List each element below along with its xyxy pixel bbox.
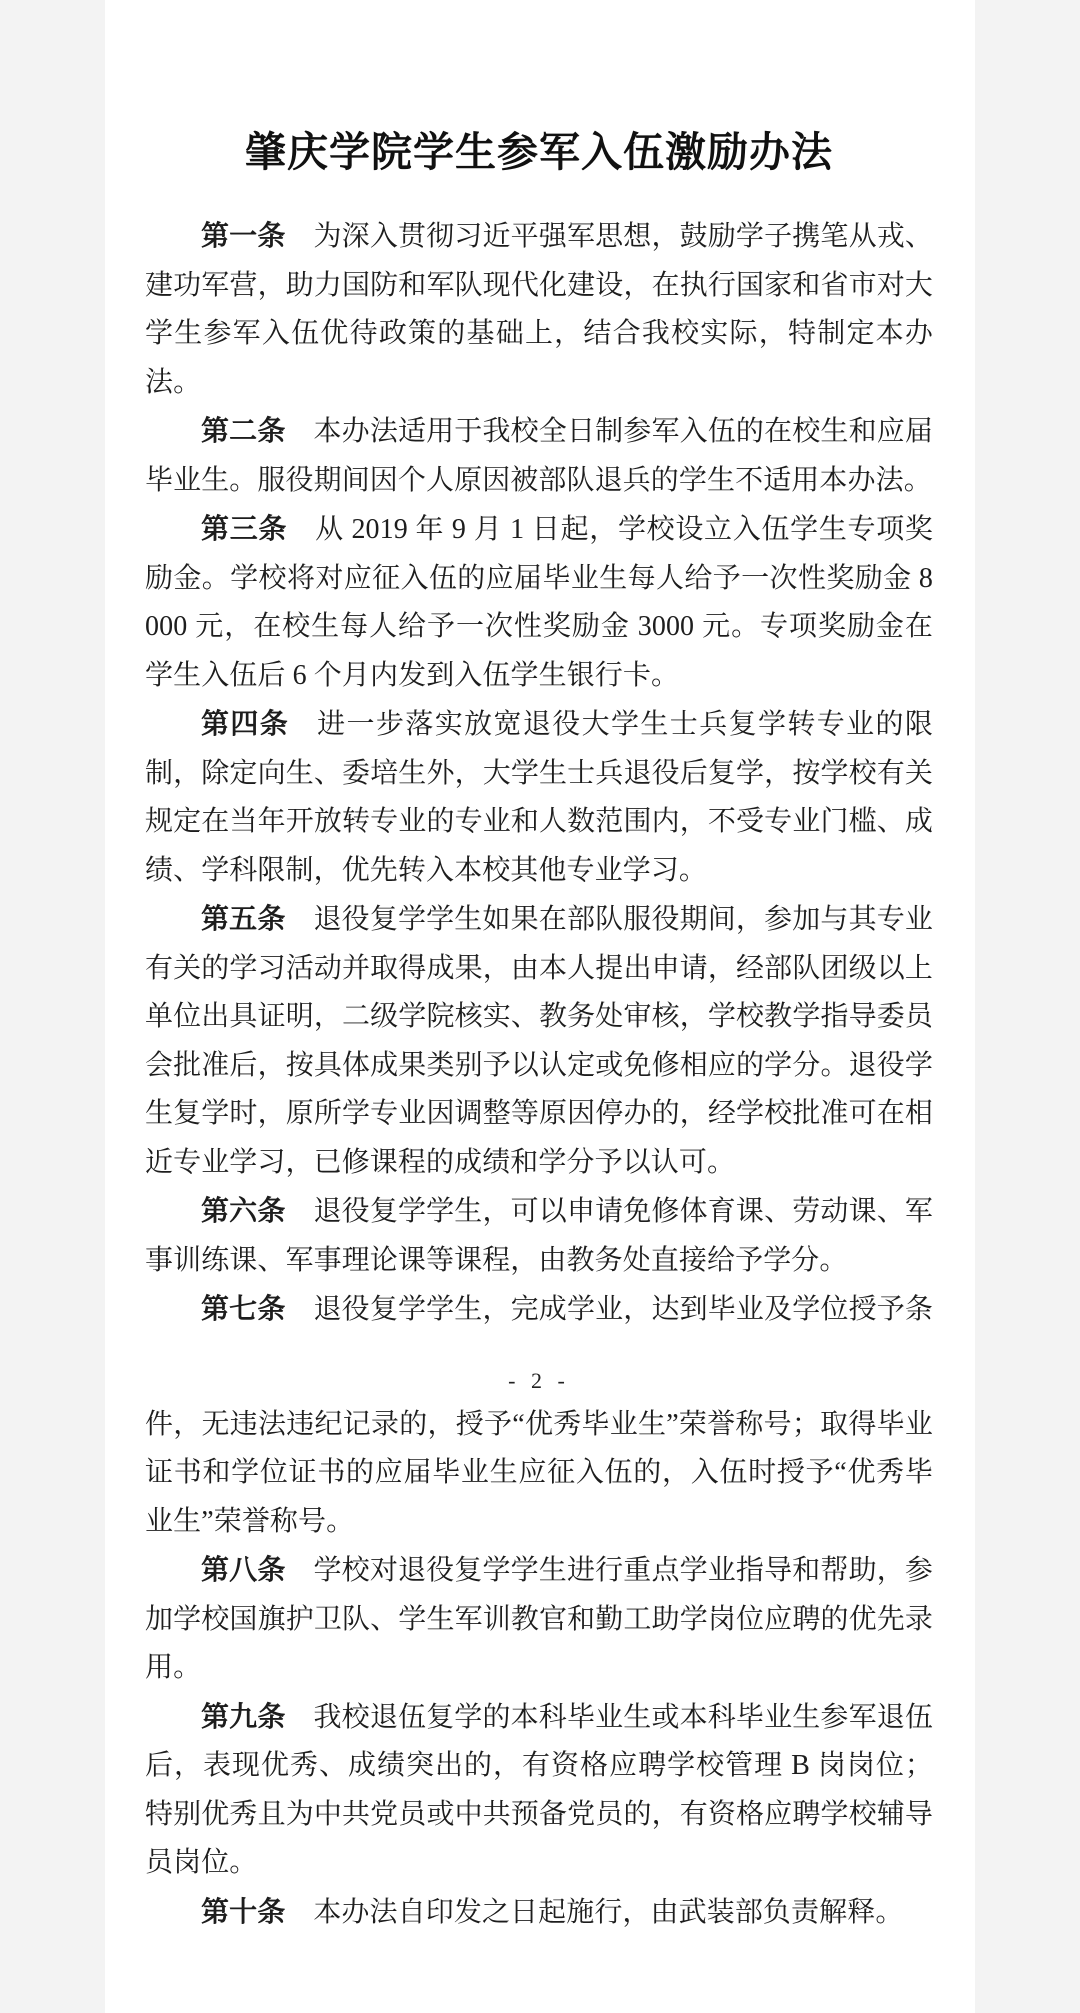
document-body: 第一条为深入贯彻习近平强军思想，鼓励学子携笔从戎、建功军营，助力国防和军队现代化… — [145, 212, 933, 1937]
article-paragraph-3: 第三条从 2019 年 9 月 1 日起，学校设立入伍学生专项奖励金。学校将对应… — [145, 505, 933, 700]
article-paragraph-2: 第二条本办法适用于我校全日制参军入伍的在校生和应届毕业生。服役期间因个人原因被部… — [145, 407, 933, 505]
article-paragraph-7-continuation: 件，无违法违纪记录的，授予“优秀毕业生”荣誉称号；取得毕业证书和学位证书的应届毕… — [145, 1401, 933, 1547]
article-label: 第二条 — [201, 415, 286, 446]
article-paragraph-5: 第五条退役复学学生如果在部队服役期间，参加与其专业有关的学习活动并取得成果，由本… — [145, 895, 933, 1187]
article-label: 第一条 — [201, 220, 286, 251]
page-number-label: - 2 - — [145, 1366, 933, 1396]
article-text: 退役复学学生，完成学业，达到毕业及学位授予条 — [314, 1294, 934, 1325]
article-label: 第十条 — [201, 1896, 285, 1927]
article-label: 第九条 — [201, 1701, 286, 1732]
article-text: 退役复学学生如果在部队服役期间，参加与其专业有关的学习活动并取得成果，由本人提出… — [145, 904, 933, 1178]
article-paragraph-7-first-page: 第七条退役复学学生，完成学业，达到毕业及学位授予条 — [145, 1285, 933, 1335]
article-label: 第五条 — [201, 903, 286, 934]
article-paragraph-8: 第八条学校对退役复学学生进行重点学业指导和帮助，参加学校国旗护卫队、学生军训教官… — [145, 1546, 933, 1693]
article-label: 第四条 — [201, 708, 289, 739]
article-paragraph-4: 第四条进一步落实放宽退役大学生士兵复学转专业的限制，除定向生、委培生外，大学生士… — [145, 700, 933, 895]
article-label: 第七条 — [201, 1293, 286, 1324]
article-label: 第三条 — [201, 513, 287, 544]
article-label: 第八条 — [201, 1554, 286, 1585]
document-title: 肇庆学院学生参军入伍激励办法 — [145, 0, 933, 183]
article-paragraph-6: 第六条退役复学学生，可以申请免修体育课、劳动课、军事训练课、军事理论课等课程，由… — [145, 1187, 933, 1285]
article-label: 第六条 — [201, 1195, 286, 1226]
article-text: 本办法自印发之日起施行，由武装部负责解释。 — [313, 1897, 903, 1928]
article-paragraph-1: 第一条为深入贯彻习近平强军思想，鼓励学子携笔从戎、建功军营，助力国防和军队现代化… — [145, 212, 933, 407]
article-paragraph-9: 第九条我校退伍复学的本科毕业生或本科毕业生参军退伍后，表现优秀、成绩突出的，有资… — [145, 1693, 933, 1888]
article-paragraph-10: 第十条本办法自印发之日起施行，由武装部负责解释。 — [145, 1888, 933, 1938]
document-page: 肇庆学院学生参军入伍激励办法 第一条为深入贯彻习近平强军思想，鼓励学子携笔从戎、… — [105, 0, 975, 2013]
document-content: 肇庆学院学生参军入伍激励办法 第一条为深入贯彻习近平强军思想，鼓励学子携笔从戎、… — [105, 0, 975, 1937]
